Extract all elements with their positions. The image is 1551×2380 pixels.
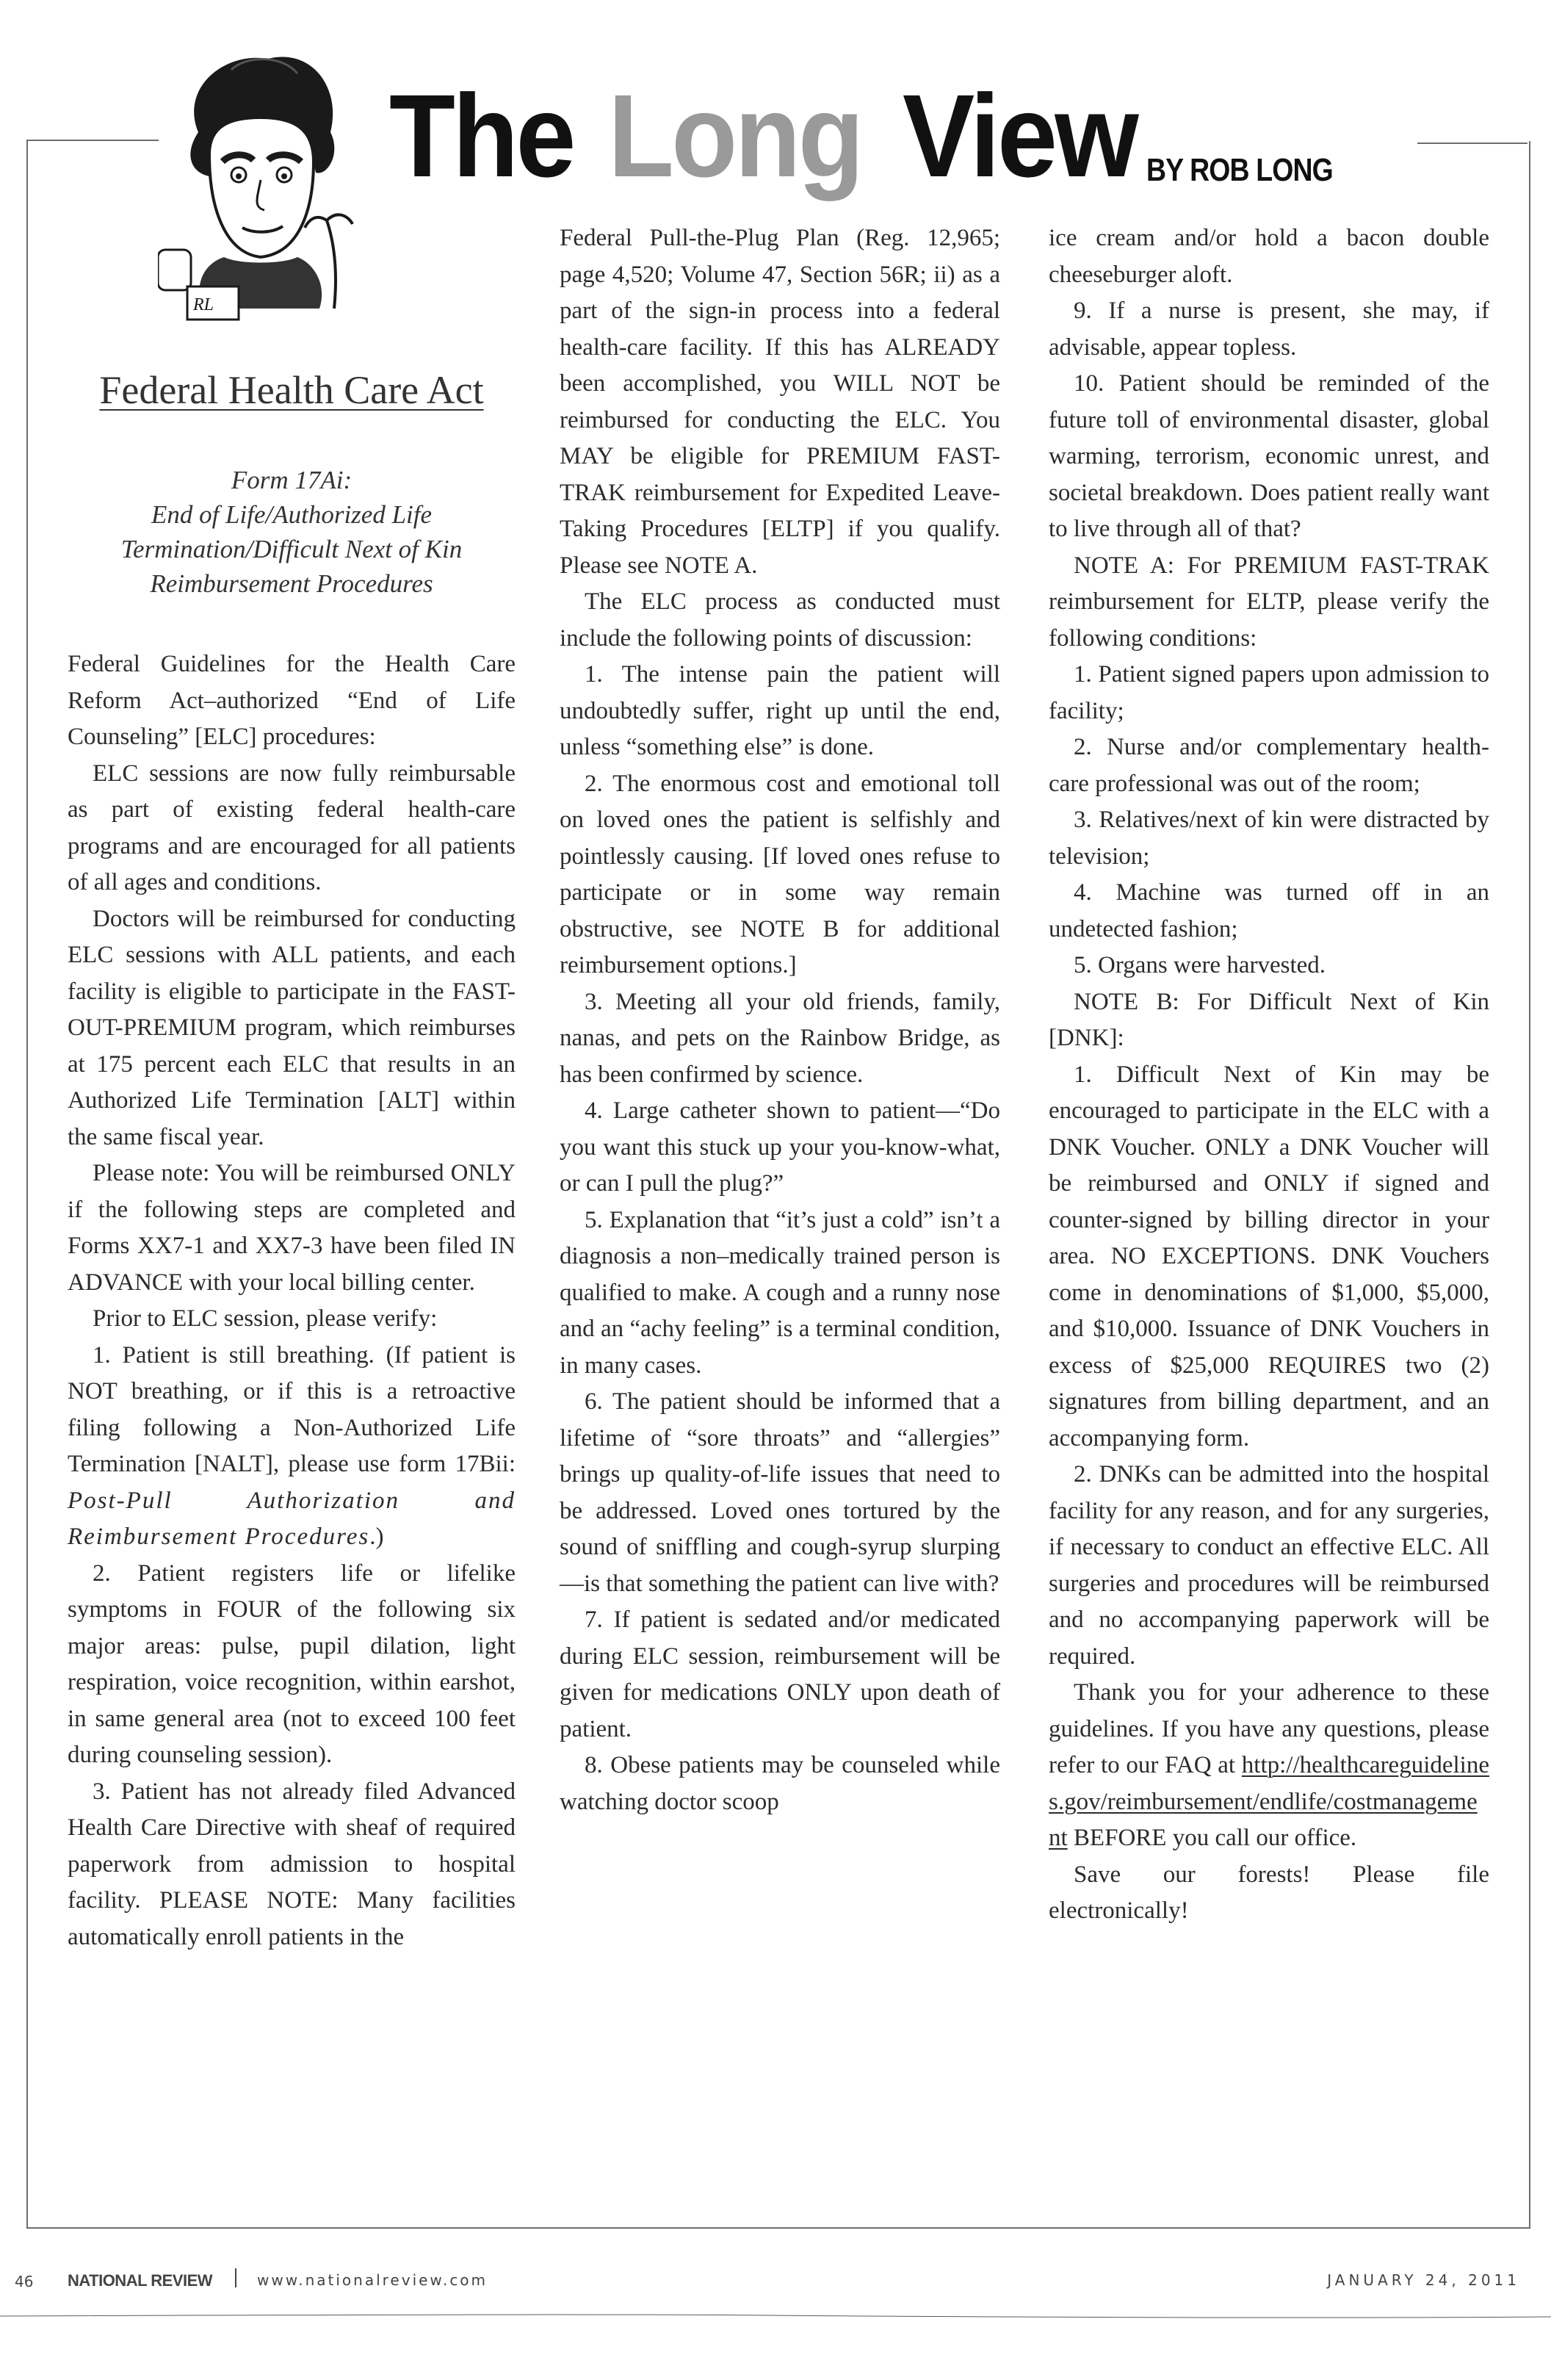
paragraph: 9. If a nurse is present, she may, if ad… <box>1049 293 1489 366</box>
page-number: 46 <box>15 2273 33 2290</box>
paragraph: 7. If patient is sedated and/or medicate… <box>560 1602 1000 1748</box>
section-title: Federal Health Care Act <box>68 367 516 413</box>
paragraph: 1. The intense pain the patient will und… <box>560 657 1000 766</box>
form-subtitle: Form 17Ai: End of Life/Authorized Life T… <box>68 463 516 601</box>
form-subtitle-line: Form 17Ai: <box>68 463 516 497</box>
author-caricature-illustration: RL <box>158 44 356 331</box>
footer-divider <box>235 2268 236 2287</box>
masthead-word-the: The <box>389 77 574 195</box>
paragraph: 8. Obese patients may be counseled while… <box>560 1748 1000 1820</box>
paragraph-item-1: 1. Patient is still breathing. (If patie… <box>68 1338 516 1556</box>
paragraph: 5. Explanation that “it’s just a cold” i… <box>560 1202 1000 1385</box>
paragraph: Doctors will be reimbursed for conductin… <box>68 901 516 1156</box>
paragraph: NOTE B: For Difficult Next of Kin [DNK]: <box>1049 984 1489 1057</box>
paragraph: Please note: You will be reimbursed ONLY… <box>68 1155 516 1301</box>
paragraph: 1. Patient signed papers upon admission … <box>1049 657 1489 729</box>
paragraph: 2. DNKs can be admitted into the hospita… <box>1049 1457 1489 1675</box>
issue-date: JANUARY 24, 2011 <box>1327 2271 1520 2289</box>
paragraph: 5. Organs were harvested. <box>1049 948 1489 984</box>
paragraph: The ELC process as conducted must includ… <box>560 584 1000 657</box>
paragraph: 6. The patient should be informed that a… <box>560 1384 1000 1602</box>
paragraph: Federal Pull-the-Plug Plan (Reg. 12,965;… <box>560 220 1000 584</box>
paragraph: 4. Large catheter shown to patient—“Do y… <box>560 1093 1000 1202</box>
form-subtitle-line: End of Life/Authorized Life <box>68 497 516 532</box>
paragraph-text: BEFORE you call our office. <box>1074 1825 1356 1851</box>
masthead-word-view: View <box>903 77 1136 195</box>
publication-url: www.nationalreview.com <box>257 2271 488 2289</box>
paragraph: 2. Nurse and/or complementary health-car… <box>1049 729 1489 802</box>
right-column: ice cream and/or hold a bacon double che… <box>1049 220 1489 1930</box>
paragraph: NOTE A: For PREMIUM FAST-TRAK reimbursem… <box>1049 548 1489 657</box>
form-title-italic: Post-Pull Authorization and Reimbursemen… <box>68 1487 516 1551</box>
column-masthead: The Long View BY ROB LONG <box>389 62 1366 195</box>
paragraph: 1. Difficult Next of Kin may be encourag… <box>1049 1057 1489 1457</box>
paragraph: 4. Machine was turned off in an undetect… <box>1049 875 1489 948</box>
paragraph: 3. Meeting all your old friends, family,… <box>560 984 1000 1094</box>
paragraph-text: 1. Patient is still breathing. (If patie… <box>68 1342 516 1478</box>
page-footer: 46 NATIONAL REVIEW www.nationalreview.co… <box>15 2268 1535 2298</box>
paragraph: ELC sessions are now fully reimbursable … <box>68 756 516 901</box>
paragraph: 2. The enormous cost and emotional toll … <box>560 766 1000 984</box>
publication-name: NATIONAL REVIEW <box>68 2271 212 2290</box>
middle-column: Federal Pull-the-Plug Plan (Reg. 12,965;… <box>560 220 1000 1820</box>
paragraph: 3. Patient has not already filed Advance… <box>68 1774 516 1956</box>
paragraph: 2. Patient registers life or lifelike sy… <box>68 1556 516 1774</box>
paragraph-text: .) <box>369 1523 383 1550</box>
masthead-word-long: Long <box>608 77 861 195</box>
paragraph: 3. Relatives/next of kin were distracted… <box>1049 802 1489 875</box>
caricature-icon: RL <box>158 44 356 331</box>
form-subtitle-line: Reimbursement Procedures <box>68 566 516 601</box>
byline: BY ROB LONG <box>1146 152 1333 189</box>
left-column: Federal Guidelines for the Health Care R… <box>68 646 516 1955</box>
paragraph: Prior to ELC session, please verify: <box>68 1301 516 1338</box>
svg-text:RL: RL <box>192 295 214 314</box>
section-title-text: Federal Health Care Act <box>99 368 483 412</box>
paragraph: Save our forests! Please file electronic… <box>1049 1857 1489 1930</box>
faq-paragraph: Thank you for your adherence to these gu… <box>1049 1675 1489 1857</box>
paragraph: 10. Patient should be reminded of the fu… <box>1049 366 1489 548</box>
form-subtitle-line: Termination/Difficult Next of Kin <box>68 532 516 566</box>
paragraph: ice cream and/or hold a bacon double che… <box>1049 220 1489 293</box>
page-edge-line <box>0 2314 1551 2318</box>
paragraph: Federal Guidelines for the Health Care R… <box>68 646 516 756</box>
